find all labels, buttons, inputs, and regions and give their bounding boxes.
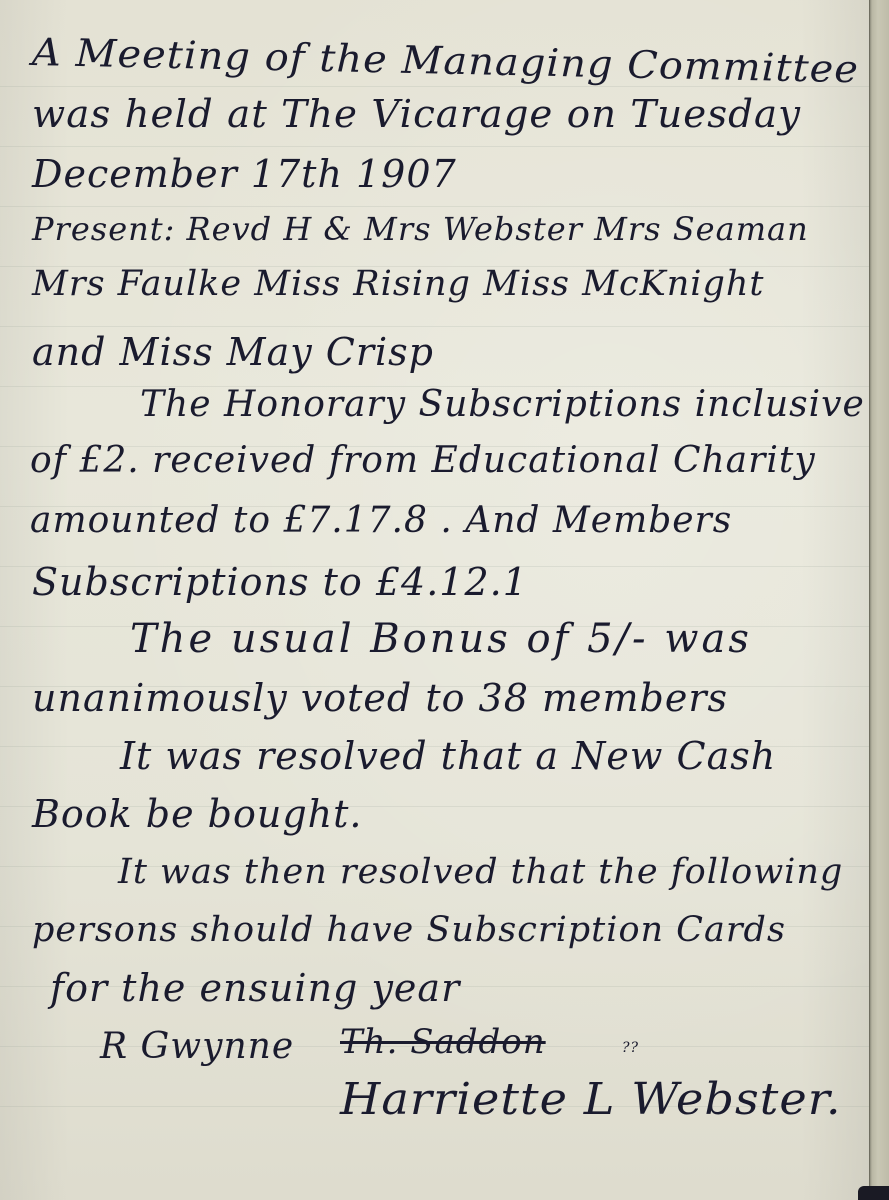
listed-person-name: R Gwynne: [100, 1026, 294, 1067]
question-marks: ??: [622, 1040, 639, 1056]
text-line-8: of £2. received from Educational Charity: [30, 440, 816, 481]
struck-out-name: Th. Saddon: [340, 1022, 546, 1062]
signature: Harriette L Webster.: [340, 1074, 842, 1125]
text-line-14: Book be bought.: [32, 792, 363, 836]
page-edge-line: [869, 0, 870, 1200]
text-line-4: Present: Revd H & Mrs Webster Mrs Seaman: [32, 210, 809, 248]
ruled-line: [0, 206, 870, 207]
text-line-16: persons should have Subscription Cards: [32, 910, 786, 950]
text-line-7: The Honorary Subscriptions inclusive: [140, 384, 865, 425]
text-line-2: was held at The Vicarage on Tuesday: [32, 92, 801, 136]
text-line-17: for the ensuing year: [50, 966, 460, 1010]
text-line-15: It was then resolved that the following: [118, 852, 843, 892]
text-line-5: Mrs Faulke Miss Rising Miss McKnight: [32, 264, 764, 304]
ruled-line: [0, 146, 870, 147]
book-cover-corner: [858, 1186, 889, 1200]
text-line-6: and Miss May Crisp: [32, 330, 434, 374]
text-line-12: unanimously voted to 38 members: [32, 676, 728, 720]
ruled-line: [0, 326, 870, 327]
text-line-3: December 17th 1907: [32, 152, 457, 196]
text-line-10: Subscriptions to £4.12.1: [32, 560, 528, 604]
book-binding-edge: [870, 0, 889, 1200]
text-line-13: It was resolved that a New Cash: [120, 734, 776, 778]
text-line-11: The usual Bonus of 5/- was: [130, 616, 752, 662]
text-line-9: amounted to £7.17.8 . And Members: [30, 500, 732, 541]
